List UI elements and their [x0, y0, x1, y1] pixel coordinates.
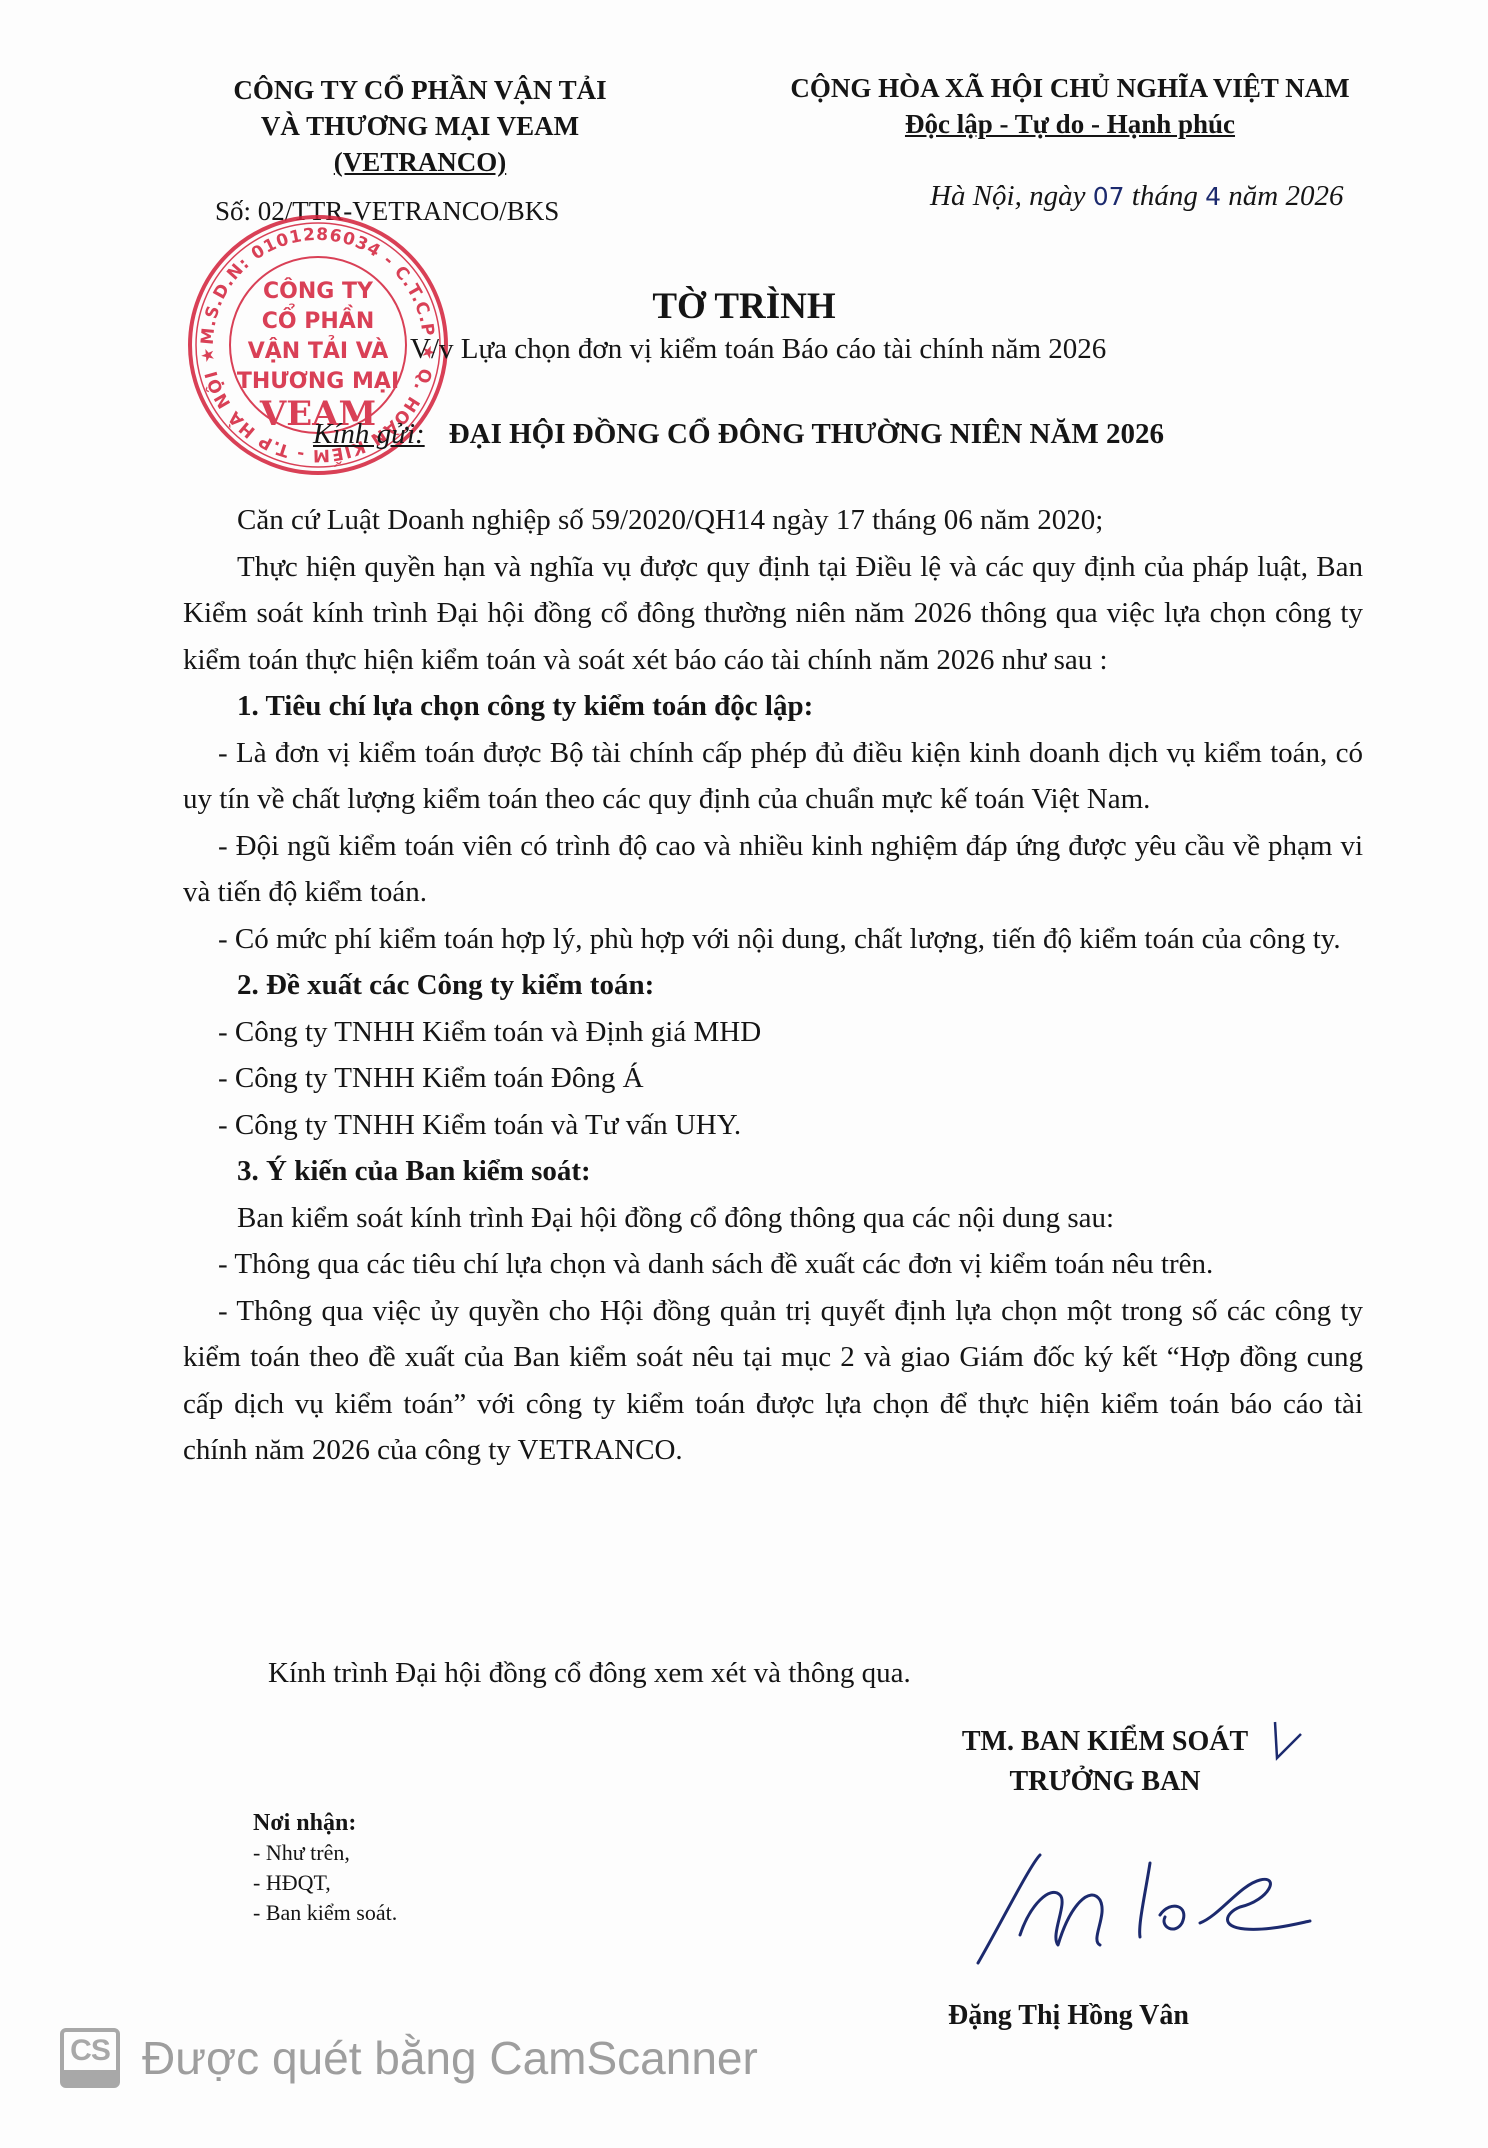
section-1-heading: 1. Tiêu chí lựa chọn công ty kiểm toán đ… [183, 683, 1363, 730]
recipient-item: - Ban kiểm soát. [253, 1898, 397, 1928]
recipient-item: - HĐQT, [253, 1868, 397, 1898]
section-1-item: - Đội ngũ kiểm toán viên có trình độ cao… [183, 823, 1363, 916]
document-title: TỜ TRÌNH [0, 285, 1488, 328]
legal-basis: Căn cứ Luật Doanh nghiệp số 59/2020/QH14… [183, 497, 1363, 544]
section-3-heading: 3. Ý kiến của Ban kiểm soát: [183, 1148, 1363, 1195]
recipients-block: Nơi nhận: - Như trên, - HĐQT, - Ban kiểm… [253, 1808, 397, 1928]
handwritten-day: 07 [1093, 182, 1125, 211]
place-date: Hà Nội, ngày 07 tháng 4 năm 2026 [930, 180, 1343, 213]
handwritten-month: 4 [1205, 182, 1221, 211]
auditor-item: - Công ty TNHH Kiểm toán và Tư vấn UHY. [183, 1102, 1363, 1149]
camscanner-logo-icon: CS [60, 2028, 120, 2088]
auditor-item: - Công ty TNHH Kiểm toán Đông Á [183, 1055, 1363, 1102]
auditor-item: - Công ty TNHH Kiểm toán và Định giá MHD [183, 1009, 1363, 1056]
handwritten-signature-icon [960, 1845, 1320, 1975]
recipient-line: Kính gửi:ĐẠI HỘI ĐỒNG CỔ ĐÔNG THƯỜNG NIÊ… [313, 418, 1164, 451]
section-3-lead: Ban kiểm soát kính trình Đại hội đồng cổ… [183, 1195, 1363, 1242]
section-3-item: - Thông qua các tiêu chí lựa chọn và dan… [183, 1241, 1363, 1288]
svg-text:THƯƠNG MẠI: THƯƠNG MẠI [237, 369, 399, 394]
company-name-line2: VÀ THƯƠNG MẠI VEAM [200, 108, 640, 144]
document-body: Căn cứ Luật Doanh nghiệp số 59/2020/QH14… [183, 497, 1363, 1474]
camscanner-watermark: CS Được quét bằng CamScanner [60, 2028, 758, 2088]
closing-line: Kính trình Đại hội đồng cổ đông xem xét … [268, 1657, 911, 1690]
document-subject: V/v Lựa chọn đơn vị kiểm toán Báo cáo tà… [410, 333, 1106, 366]
section-1-item: - Là đơn vị kiểm toán được Bộ tài chính … [183, 730, 1363, 823]
watermark-text: Được quét bằng CamScanner [142, 2031, 758, 2085]
national-header: CỘNG HÒA XÃ HỘI CHỦ NGHĨA VIỆT NAM Độc l… [750, 70, 1390, 142]
signer-name: Đặng Thị Hồng Vân [948, 2000, 1189, 2032]
national-motto: Độc lập - Tự do - Hạnh phúc [905, 109, 1235, 139]
intro-paragraph: Thực hiện quyền hạn và nghĩa vụ được quy… [183, 544, 1363, 684]
company-name-line1: CÔNG TY CỔ PHẦN VẬN TẢI [200, 72, 640, 108]
recipient-value: ĐẠI HỘI ĐỒNG CỔ ĐÔNG THƯỜNG NIÊN NĂM 202… [449, 418, 1164, 450]
signature-title: TM. BAN KIỂM SOÁT TRƯỞNG BAN [890, 1722, 1320, 1802]
company-abbrev: (VETRANCO) [334, 147, 507, 177]
company-header: CÔNG TY CỔ PHẦN VẬN TẢI VÀ THƯƠNG MẠI VE… [200, 72, 640, 180]
recipients-heading: Nơi nhận: [253, 1808, 397, 1838]
section-2-heading: 2. Đề xuất các Công ty kiểm toán: [183, 962, 1363, 1009]
svg-text:VẬN TẢI VÀ: VẬN TẢI VÀ [248, 336, 389, 364]
section-1-item: - Có mức phí kiểm toán hợp lý, phù hợp v… [183, 916, 1363, 963]
initial-mark-icon [1265, 1720, 1305, 1770]
recipient-item: - Như trên, [253, 1838, 397, 1868]
national-title: CỘNG HÒA XÃ HỘI CHỦ NGHĨA VIỆT NAM [750, 70, 1390, 106]
recipient-label: Kính gửi: [313, 418, 425, 450]
section-3-item: - Thông qua việc ủy quyền cho Hội đồng q… [183, 1288, 1363, 1474]
